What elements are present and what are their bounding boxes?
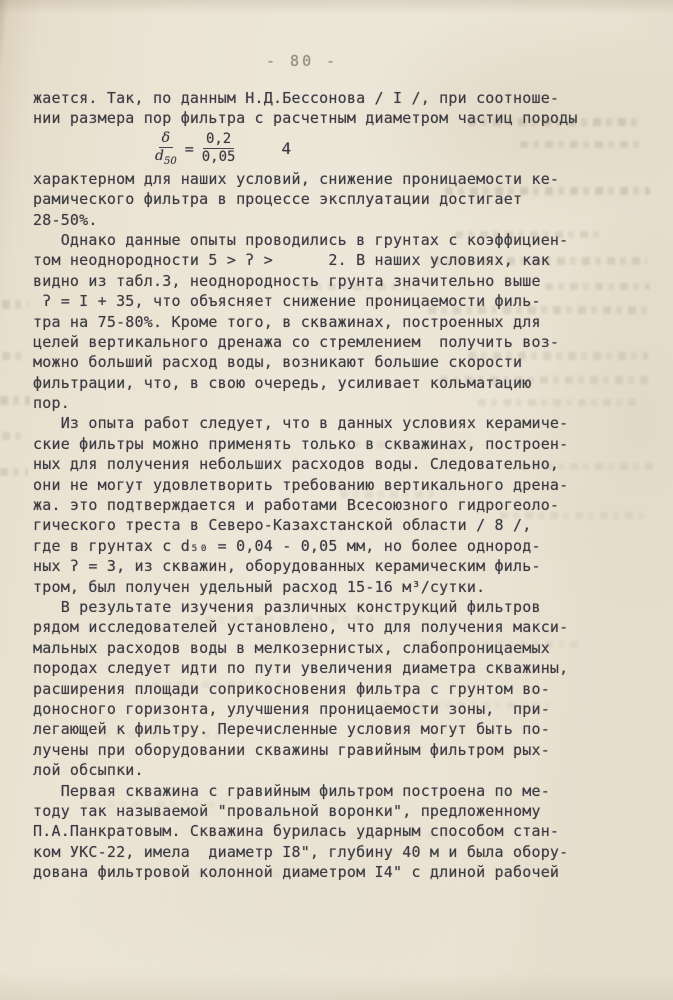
text-line: жается. Так, по данным Н.Д.Бессонова / I… <box>33 88 633 108</box>
equals-sign: = <box>185 140 194 158</box>
text-line: ские фильтры можно применять только в ск… <box>33 434 633 454</box>
text-line: В результате изучения различных конструк… <box>33 597 633 617</box>
paragraph-3: Из опыта работ следует, что в данных усл… <box>33 413 633 597</box>
body-text: жается. Так, по данным Н.Д.Бессонова / I… <box>33 88 633 882</box>
text-line: можно больший расход воды, возникают бол… <box>33 352 633 372</box>
formula-result: 4 <box>281 139 291 158</box>
formula-denominator: 0,05 <box>202 149 236 165</box>
formula: δ d50 = 0,2 0,05 4 <box>33 129 633 169</box>
text-line: Первая скважина с гравийным фильтром пос… <box>33 781 633 801</box>
bleedthrough-mark <box>0 396 30 405</box>
text-line: тра на 75-80%. Кроме того, в скважинах, … <box>33 312 633 332</box>
text-line: Из опыта работ следует, что в данных усл… <box>33 413 633 433</box>
text-line: пор. <box>33 393 633 413</box>
formula-d50-subscript: 50 <box>164 156 177 167</box>
text-line: 28-50%. <box>33 210 633 230</box>
text-line: Однако данные опыты проводились в грунта… <box>33 230 633 250</box>
paragraph-4: В результате изучения различных конструк… <box>33 597 633 781</box>
text-line: гического треста в Северо-Казахстанской … <box>33 515 633 535</box>
text-line: тром, был получен удельный расход 15-16 … <box>33 577 633 597</box>
formula-delta: δ <box>159 131 173 148</box>
paragraph-5: Первая скважина с гравийным фильтром пос… <box>33 781 633 883</box>
page-number: - 80 - <box>266 52 338 70</box>
fraction-left: δ d50 <box>155 131 177 167</box>
text-line: ʔ = I + 35, что объясняет снижение прони… <box>33 291 633 311</box>
paragraph-continuation: жается. Так, по данным Н.Д.Бессонова / I… <box>33 88 633 129</box>
text-line: дована фильтровой колонной диаметром I4"… <box>33 862 633 882</box>
text-line: ных для получения небольших расходов вод… <box>33 454 633 474</box>
text-line: где в грунтах с d₅₀ = 0,04 - 0,05 мм, но… <box>33 536 633 556</box>
bleedthrough-mark <box>2 432 26 440</box>
text-line: видно из табл.3, неоднородность грунта з… <box>33 271 633 291</box>
bleedthrough-mark <box>0 468 28 476</box>
scanned-document-page: - 80 - жается. Так, по данным Н.Д.Бессон… <box>0 0 673 1000</box>
text-line: породах следует идти по пути увеличения … <box>33 658 633 678</box>
text-line: мальных расходов воды в мелкозернистых, … <box>33 638 633 658</box>
paragraph-2: Однако данные опыты проводились в грунта… <box>33 230 633 414</box>
text-line: том неоднородности 5 > ʔ > 2. В наших ус… <box>33 250 633 270</box>
text-line: ных ʔ = 3, из скважин, оборудованных кер… <box>33 556 633 576</box>
text-line: целей вертикального дренажа со стремлени… <box>33 332 633 352</box>
bleedthrough-mark <box>2 300 28 309</box>
text-line: они не могут удовлетворить требованию ве… <box>33 475 633 495</box>
bleedthrough-mark <box>2 352 24 360</box>
text-line: рядом исследователей установлено, что дл… <box>33 617 633 637</box>
text-line: легающей к фильтру. Перечисленные услови… <box>33 719 633 739</box>
text-line: характерном для наших условий, снижение … <box>33 169 633 189</box>
text-line: лой обсыпки. <box>33 760 633 780</box>
text-line: П.А.Панкратовым. Скважина бурилась ударн… <box>33 821 633 841</box>
text-line: лучены при оборудовании скважины гравийн… <box>33 740 633 760</box>
text-line: ком УКС-22, имела диаметр I8", глубину 4… <box>33 842 633 862</box>
text-line: нии размера пор фильтра с расчетным диам… <box>33 108 633 128</box>
text-line: жа. это подтверждается и работами Всесою… <box>33 495 633 515</box>
text-line: тоду так называемой "провальной воронки"… <box>33 801 633 821</box>
formula-d50-base: d <box>155 148 164 164</box>
fraction-right: 0,2 0,05 <box>202 132 236 166</box>
text-line: доносного горизонта, улучшения проницаем… <box>33 699 633 719</box>
text-line: расширения площади соприкосновения фильт… <box>33 679 633 699</box>
paragraph-1-end: характерном для наших условий, снижение … <box>33 169 633 230</box>
text-line: рамического фильтра в процессе эксплуата… <box>33 189 633 209</box>
formula-d50: d50 <box>155 148 177 167</box>
formula-numerator: 0,2 <box>203 132 234 149</box>
text-line: фильтрации, что, в свою очередь, усилива… <box>33 373 633 393</box>
